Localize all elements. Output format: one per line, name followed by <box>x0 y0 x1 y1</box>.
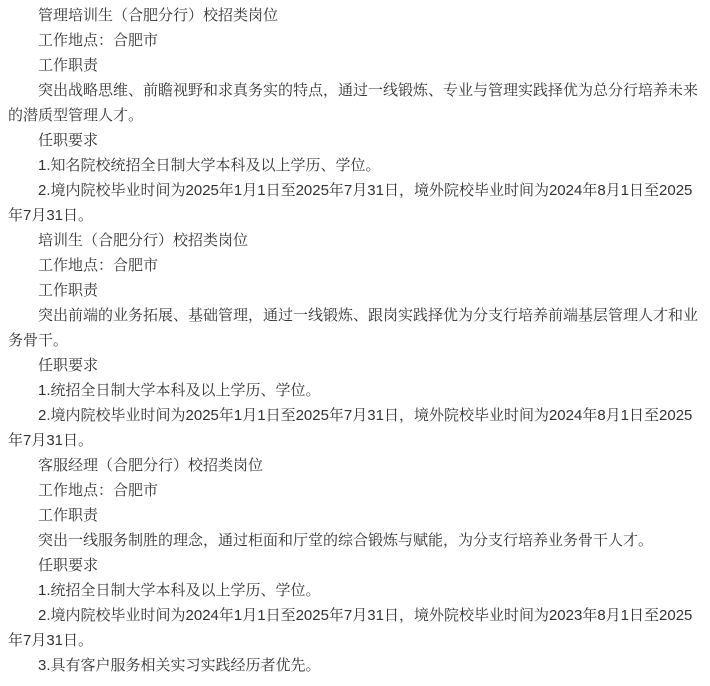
duties-heading: 工作职责 <box>8 278 706 303</box>
requirement-item: 2.境内院校毕业时间为2025年1月1日至2025年7月31日，境外院校毕业时间… <box>8 403 706 453</box>
requirements-heading: 任职要求 <box>8 128 706 153</box>
job-title: 管理培训生（合肥分行）校招类岗位 <box>8 3 706 28</box>
duties-text: 突出一线服务制胜的理念，通过柜面和厅堂的综合锻炼与赋能，为分支行培养业务骨干人才… <box>8 528 706 553</box>
requirement-item: 1.知名院校统招全日制大学本科及以上学历、学位。 <box>8 153 706 178</box>
duties-text: 突出战略思维、前瞻视野和求真务实的特点，通过一线锻炼、专业与管理实践择优为总分行… <box>8 78 706 128</box>
requirement-item: 2.境内院校毕业时间为2025年1月1日至2025年7月31日，境外院校毕业时间… <box>8 178 706 228</box>
job-location: 工作地点：合肥市 <box>8 253 706 278</box>
requirements-heading: 任职要求 <box>8 353 706 378</box>
requirements-heading: 任职要求 <box>8 553 706 578</box>
job-postings-document: 管理培训生（合肥分行）校招类岗位 工作地点：合肥市 工作职责 突出战略思维、前瞻… <box>0 0 710 678</box>
job-location: 工作地点：合肥市 <box>8 28 706 53</box>
job-location: 工作地点：合肥市 <box>8 478 706 503</box>
duties-heading: 工作职责 <box>8 503 706 528</box>
job-section-trainee: 培训生（合肥分行）校招类岗位 工作地点：合肥市 工作职责 突出前端的业务拓展、基… <box>8 228 706 453</box>
job-title: 培训生（合肥分行）校招类岗位 <box>8 228 706 253</box>
requirement-item: 1.统招全日制大学本科及以上学历、学位。 <box>8 578 706 603</box>
job-section-customer-service-manager: 客服经理（合肥分行）校招类岗位 工作地点：合肥市 工作职责 突出一线服务制胜的理… <box>8 453 706 678</box>
job-section-management-trainee: 管理培训生（合肥分行）校招类岗位 工作地点：合肥市 工作职责 突出战略思维、前瞻… <box>8 3 706 228</box>
requirement-item: 1.统招全日制大学本科及以上学历、学位。 <box>8 378 706 403</box>
duties-text: 突出前端的业务拓展、基础管理，通过一线锻炼、跟岗实践择优为分支行培养前端基层管理… <box>8 303 706 353</box>
duties-heading: 工作职责 <box>8 53 706 78</box>
requirement-item: 3.具有客户服务相关实习实践经历者优先。 <box>8 653 706 678</box>
job-title: 客服经理（合肥分行）校招类岗位 <box>8 453 706 478</box>
requirement-item: 2.境内院校毕业时间为2024年1月1日至2025年7月31日，境外院校毕业时间… <box>8 603 706 653</box>
